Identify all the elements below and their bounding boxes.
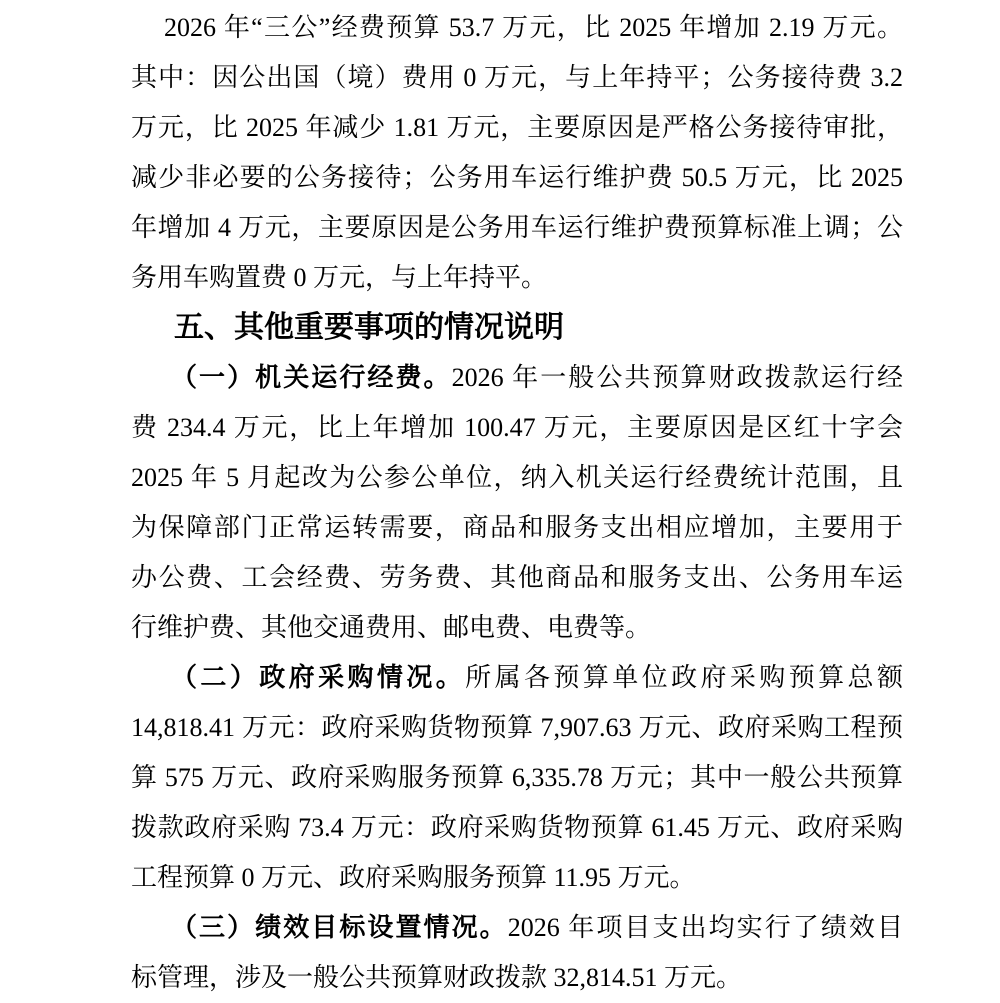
text-line: 万元，比 2025 年减少 1.81 万元，主要原因是严格公务接待审批， — [131, 103, 903, 153]
text-line: 标管理，涉及一般公共预算财政拨款 32,814.51 万元。 — [131, 953, 903, 1003]
text-line: 14,818.41 万元：政府采购货物预算 7,907.63 万元、政府采购工程… — [131, 703, 903, 753]
section-heading-text: 五、其他重要事项的情况说明 — [174, 311, 564, 344]
line-text: 费 234.4 万元，比上年增加 100.47 万元，主要原因是区红十字会 — [131, 413, 903, 442]
line-text: 年增加 4 万元，主要原因是公务用车运行维护费预算标准上调；公 — [131, 213, 903, 242]
text-line: 其中：因公出国（境）费用 0 万元，与上年持平；公务接待费 3.2 — [131, 53, 903, 103]
line-text: 工程预算 0 万元、政府采购服务预算 11.95 万元。 — [131, 863, 696, 892]
text-line: （二）政府采购情况。所属各预算单位政府采购预算总额 — [131, 653, 903, 703]
text-line: 费 234.4 万元，比上年增加 100.47 万元，主要原因是区红十字会 — [131, 403, 903, 453]
line-text: 2026 年项目支出均实行了绩效目 — [508, 913, 903, 942]
line-text: 为保障部门正常运转需要，商品和服务支出相应增加，主要用于 — [131, 513, 903, 542]
line-text: 行维护费、其他交通费用、邮电费、电费等。 — [131, 613, 651, 642]
text-line: （三）绩效目标设置情况。2026 年项目支出均实行了绩效目 — [131, 903, 903, 953]
line-text: 务用车购置费 0 万元，与上年持平。 — [131, 263, 547, 292]
line-text: 其中：因公出国（境）费用 0 万元，与上年持平；公务接待费 3.2 — [131, 63, 903, 92]
text-line: 年增加 4 万元，主要原因是公务用车运行维护费预算标准上调；公 — [131, 203, 903, 253]
line-text: 2026 年一般公共预算财政拨款运行经 — [452, 363, 903, 392]
text-line: 2025 年 5 月起改为公参公单位，纳入机关运行经费统计范围，且 — [131, 453, 903, 503]
line-text: 拨款政府采购 73.4 万元：政府采购货物预算 61.45 万元、政府采购 — [131, 813, 903, 842]
line-text: 14,818.41 万元：政府采购货物预算 7,907.63 万元、政府采购工程… — [131, 713, 903, 742]
text-line: 行维护费、其他交通费用、邮电费、电费等。 — [131, 603, 903, 653]
text-line: （一）机关运行经费。2026 年一般公共预算财政拨款运行经 — [131, 353, 903, 403]
text-line: 务用车购置费 0 万元，与上年持平。 — [131, 253, 903, 303]
line-text: 办公费、工会经费、劳务费、其他商品和服务支出、公务用车运 — [131, 563, 903, 592]
text-line: 工程预算 0 万元、政府采购服务预算 11.95 万元。 — [131, 853, 903, 903]
section-heading: 五、其他重要事项的情况说明 — [131, 303, 903, 353]
line-text: 所属各预算单位政府采购预算总额 — [465, 663, 903, 692]
document-page: 2026 年“三公”经费预算 53.7 万元，比 2025 年增加 2.19 万… — [131, 3, 903, 1003]
text-line: 拨款政府采购 73.4 万元：政府采购货物预算 61.45 万元、政府采购 — [131, 803, 903, 853]
line-text: 标管理，涉及一般公共预算财政拨款 32,814.51 万元。 — [131, 963, 742, 992]
line-text: 减少非必要的公务接待；公务用车运行维护费 50.5 万元，比 2025 — [131, 163, 903, 192]
text-line: 2026 年“三公”经费预算 53.7 万元，比 2025 年增加 2.19 万… — [131, 3, 903, 53]
line-text: 万元，比 2025 年减少 1.81 万元，主要原因是严格公务接待审批， — [131, 113, 903, 142]
line-text: 2025 年 5 月起改为公参公单位，纳入机关运行经费统计范围，且 — [131, 463, 903, 492]
text-line: 为保障部门正常运转需要，商品和服务支出相应增加，主要用于 — [131, 503, 903, 553]
run-in-subheading: （三）绩效目标设置情况。 — [171, 913, 508, 942]
line-text: 2026 年“三公”经费预算 53.7 万元，比 2025 年增加 2.19 万… — [164, 13, 903, 42]
line-text: 算 575 万元、政府采购服务预算 6,335.78 万元；其中一般公共预算 — [131, 763, 903, 792]
run-in-subheading: （一）机关运行经费。 — [171, 363, 452, 392]
text-line: 减少非必要的公务接待；公务用车运行维护费 50.5 万元，比 2025 — [131, 153, 903, 203]
text-line: 办公费、工会经费、劳务费、其他商品和服务支出、公务用车运 — [131, 553, 903, 603]
run-in-subheading: （二）政府采购情况。 — [171, 663, 465, 692]
text-line: 算 575 万元、政府采购服务预算 6,335.78 万元；其中一般公共预算 — [131, 753, 903, 803]
